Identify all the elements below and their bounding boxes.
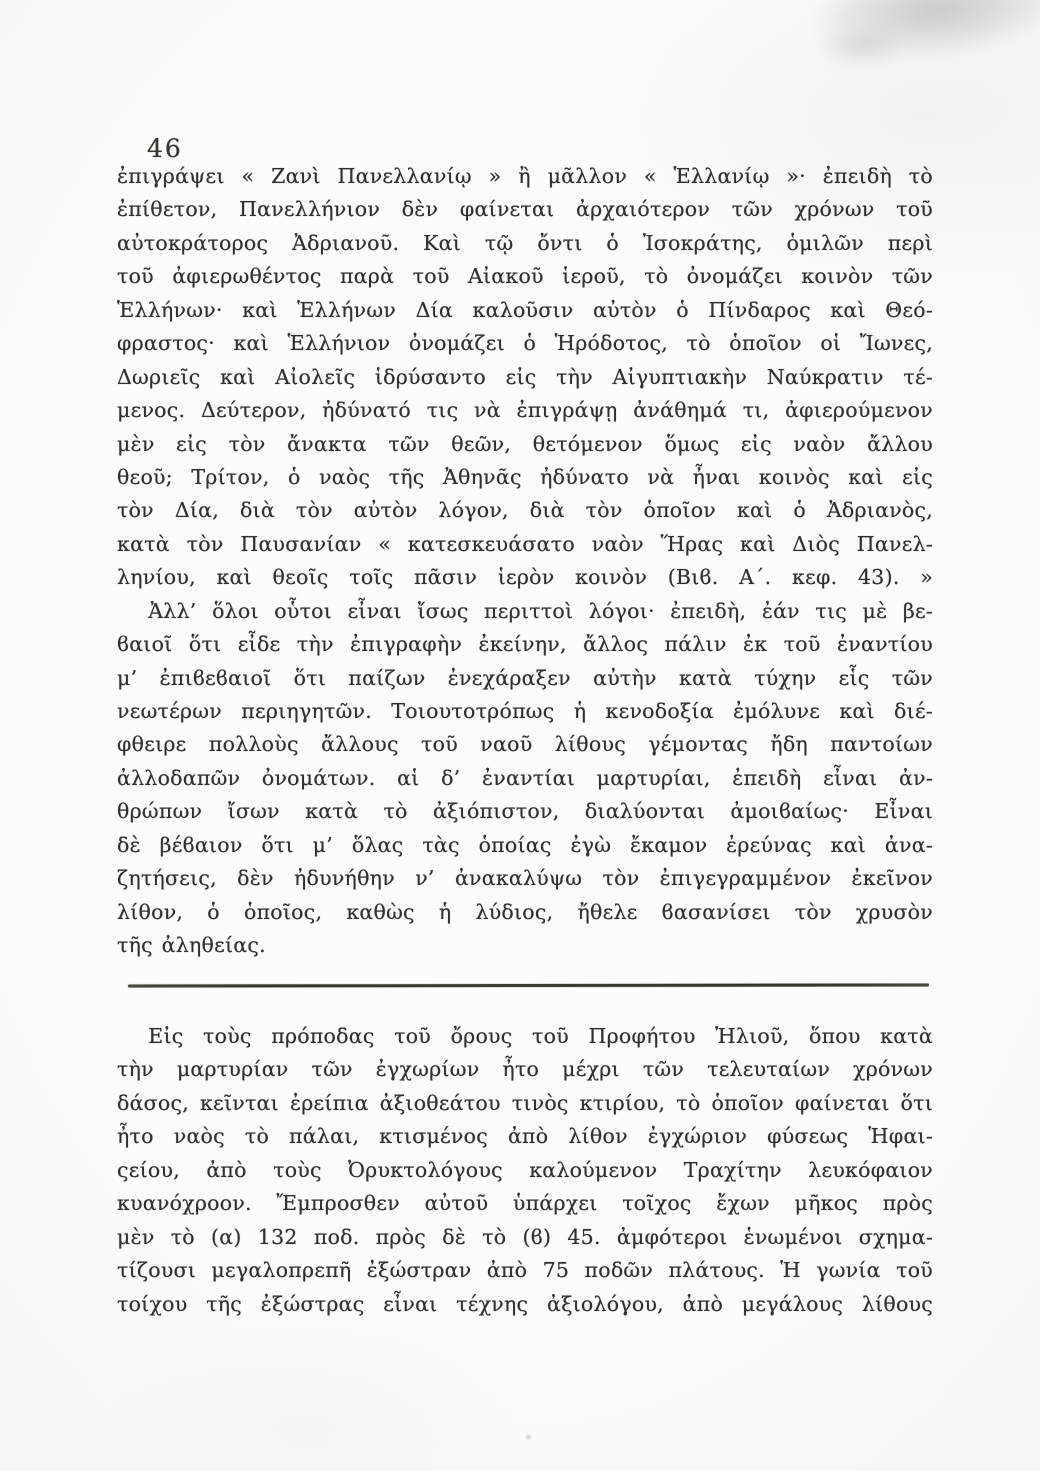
text-line: κατὰ τὸν Παυσανίαν « κατεσκευάσατο ναὸν … xyxy=(117,528,933,561)
text-line: τοῦ ἀφιερωθέντος παρὰ τοῦ Αἰακοῦ ἱεροῦ, … xyxy=(117,260,933,293)
text-line: ἀλλοδαπῶν ὀνομάτων. αἱ δ’ ἐναντίαι μαρτυ… xyxy=(117,762,933,795)
text-line: μενος. Δεύτερον, ἠδύνατό τις νὰ ἐπιγράψῃ… xyxy=(117,394,933,427)
text-line: φθειρε πολλοὺς ἄλλους τοῦ ναοῦ λίθους γέ… xyxy=(117,728,933,761)
text-line: κυανόχροον. Ἔμπροσθεν αὐτοῦ ὑπάρχει τοῖχ… xyxy=(117,1187,933,1220)
text-line: δάσος, κεῖνται ἐρείπια ἀξιοθεάτου τινὸς … xyxy=(117,1087,933,1120)
text-line: ἐπιγράψει « Ζανὶ Πανελλανίῳ » ἢ μᾶλλον «… xyxy=(117,160,933,193)
text-line: τίζουσι μεγαλοπρεπῆ ἐξώστραν ἀπὸ 75 ποδῶ… xyxy=(117,1254,933,1287)
text-line: τὸν Δία, διὰ τὸν αὐτὸν λόγον, διὰ τὸν ὁπ… xyxy=(117,494,933,527)
text-line: λίθον, ὁ ὁποῖος, καθὼς ἡ λύδιος, ἤθελε ϐ… xyxy=(117,896,933,929)
text-line: ςείου, ἀπὸ τοὺς Ὀρυκτολόγους καλούμενον … xyxy=(117,1154,933,1187)
text-line: Ἑλλήνων· καὶ Ἑλλήνων Δία καλοῦσιν αὐτὸν … xyxy=(117,294,933,327)
scan-stain-secondary xyxy=(800,20,920,75)
page-number: 46 xyxy=(147,134,183,163)
paragraph-2-lines: Εἰς τοὺς πρόποδας τοῦ ὄρους τοῦ Προφήτου… xyxy=(117,1020,933,1321)
paragraph-1-lines: ἐπιγράψει « Ζανὶ Πανελλανίῳ » ἢ μᾶλλον «… xyxy=(117,160,933,929)
text-line: Εἰς τοὺς πρόποδας τοῦ ὄρους τοῦ Προφήτου… xyxy=(117,1020,933,1053)
text-line: ἐπίθετον, Πανελλήνιον δὲν φαίνεται ἀρχαι… xyxy=(117,193,933,226)
text-line: αὐτοκράτορος Ἀδριανοῦ. Καὶ τῷ ὄντι ὁ Ἰσο… xyxy=(117,227,933,260)
text-line: ληνίου, καὶ θεοῖς τοῖς πᾶσιν ἱερὸν κοινὸ… xyxy=(117,561,933,594)
section-divider-rule xyxy=(128,983,929,987)
text-line: ζητήσεις, δὲν ἠδυνήθην ν’ ἀνακαλύψω τὸν … xyxy=(117,862,933,895)
text-line: μὲν τὸ (α) 132 ποδ. πρὸς δὲ τὸ (ϐ) 45. ἀ… xyxy=(117,1221,933,1254)
text-line: ϐαιοῖ ὅτι εἶδε τὴν ἐπιγραφὴν ἐκείνην, ἄλ… xyxy=(117,628,933,661)
text-line: μὲν εἰς τὸν ἄνακτα τῶν θεῶν, θετόμενον ὅ… xyxy=(117,428,933,461)
text-line: τῆς ἀληθείας. xyxy=(117,929,933,962)
text-line: Ἀλλ’ ὅλοι οὗτοι εἶναι ἴσως περιττοὶ λόγο… xyxy=(117,595,933,628)
scan-speck xyxy=(526,1435,531,1439)
text-line: ἦτο ναὸς τὸ πάλαι, κτισμένος ἀπὸ λίθον ἐ… xyxy=(117,1120,933,1153)
text-line: δὲ βέϐαιον ὅτι μ’ ὅλας τὰς ὁποίας ἐγὼ ἔκ… xyxy=(117,829,933,862)
text-line: τὴν μαρτυρίαν τῶν ἐγχωρίων ἦτο μέχρι τῶν… xyxy=(117,1053,933,1086)
text-line: μ’ ἐπιϐεϐαιοῖ ὅτι παίζων ἐνεχάραξεν αὐτὴ… xyxy=(117,662,933,695)
paragraph-block-2: Εἰς τοὺς πρόποδας τοῦ ὄρους τοῦ Προφήτου… xyxy=(117,1020,933,1321)
text-line: Δωριεῖς καὶ Αἰολεῖς ἱδρύσαντο εἰς τὴν Αἰ… xyxy=(117,361,933,394)
paragraph-block-1: ἐπιγράψει « Ζανὶ Πανελλανίῳ » ἢ μᾶλλον «… xyxy=(117,160,933,963)
text-line: θεοῦ; Τρίτον, ὁ ναὸς τῆς Ἀθηνᾶς ἠδύνατο … xyxy=(117,461,933,494)
text-line: θρώπων ἴσων κατὰ τὸ ἀξιόπιστον, διαλύοντ… xyxy=(117,795,933,828)
text-line: τοίχου τῆς ἐξώστρας εἶναι τέχνης ἀξιολόγ… xyxy=(117,1288,933,1321)
text-line: φραστος· καὶ Ἑλλήνιον ὀνομάζει ὁ Ἡρόδοτο… xyxy=(117,327,933,360)
text-line: νεωτέρων περιηγητῶν. Τοιουτοτρόπως ἡ κεν… xyxy=(117,695,933,728)
scanned-book-page: 46 ἐπιγράψει « Ζανὶ Πανελλανίῳ » ἢ μᾶλλο… xyxy=(0,0,1040,1471)
